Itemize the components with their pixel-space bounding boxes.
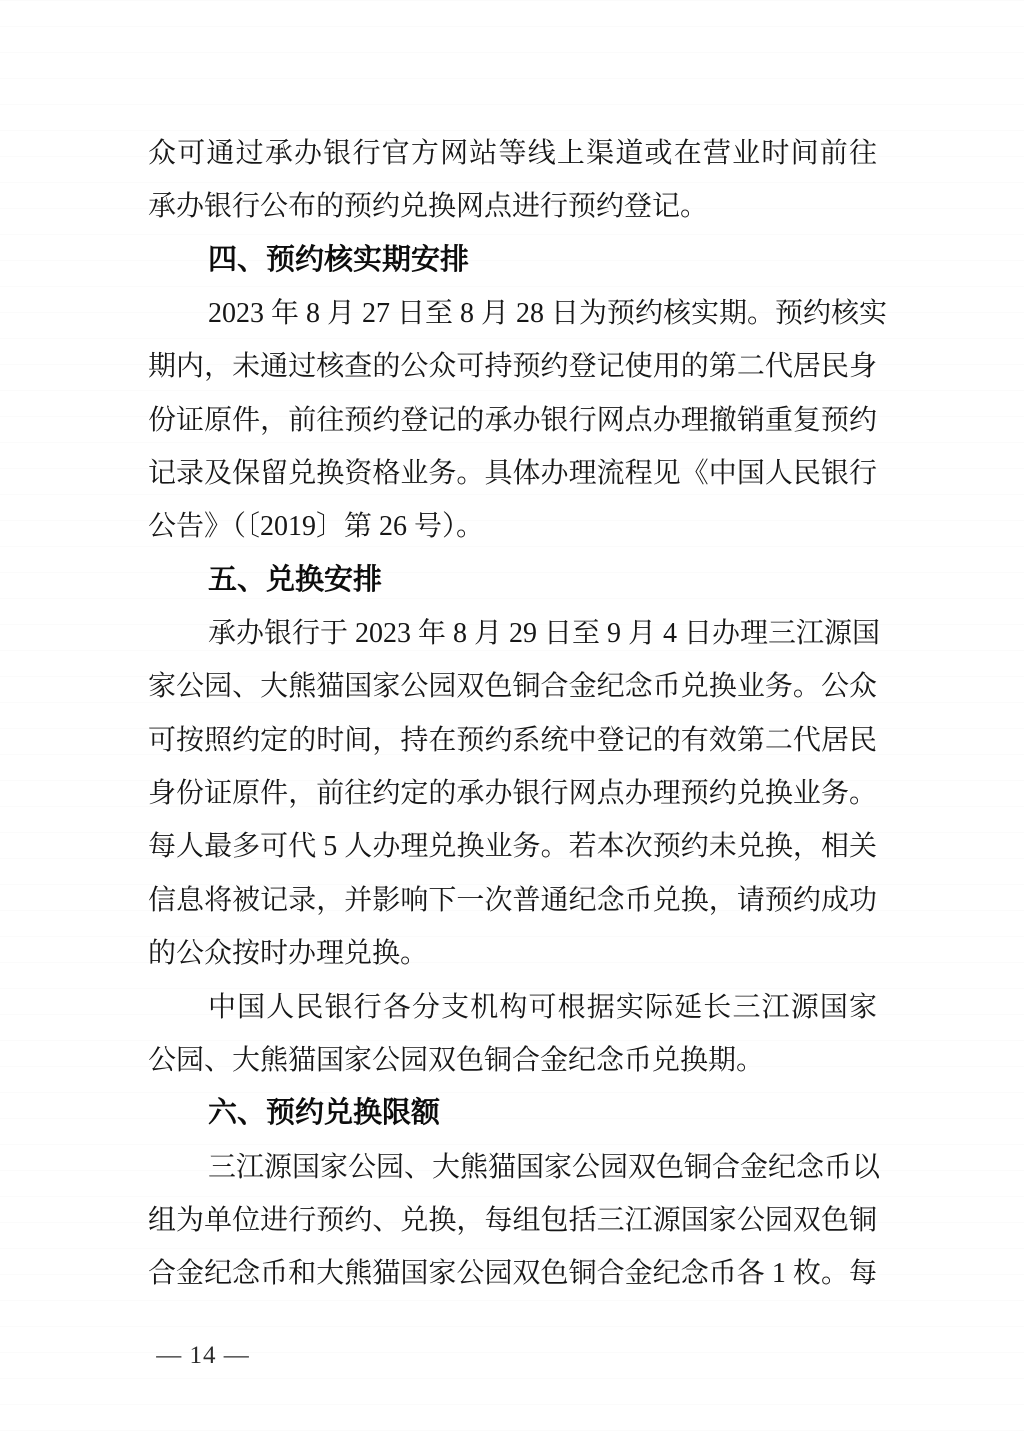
text-line: 2023 年 8 月 27 日至 8 月 28 日为预约核实期。预约核实 xyxy=(148,287,877,340)
text-line: 每人最多可代 5 人办理兑换业务。若本次预约未兑换，相关 xyxy=(148,820,877,873)
document-body: 众可通过承办银行官方网站等线上渠道或在营业时间前往承办银行公布的预约兑换网点进行… xyxy=(148,127,877,1301)
section-heading: 四、预约核实期安排 xyxy=(148,234,877,287)
text-line: 记录及保留兑换资格业务。具体办理流程见《中国人民银行 xyxy=(148,447,877,500)
text-line: 中国人民银行各分支机构可根据实际延长三江源国家 xyxy=(148,981,877,1034)
text-line: 承办银行公布的预约兑换网点进行预约登记。 xyxy=(148,180,877,233)
page-number: — 14 — xyxy=(152,1341,254,1371)
text-line: 家公园、大熊猫国家公园双色铜合金纪念币兑换业务。公众 xyxy=(148,660,877,713)
text-line: 合金纪念币和大熊猫国家公园双色铜合金纪念币各 1 枚。每 xyxy=(148,1247,877,1300)
document-page: 众可通过承办银行官方网站等线上渠道或在营业时间前往承办银行公布的预约兑换网点进行… xyxy=(0,0,1024,1448)
text-line: 的公众按时办理兑换。 xyxy=(148,927,877,980)
text-line: 可按照约定的时间，持在预约系统中登记的有效第二代居民 xyxy=(148,714,877,767)
text-line: 公告》（〔2019〕第 26 号）。 xyxy=(148,500,877,553)
text-line: 信息将被记录，并影响下一次普通纪念币兑换，请预约成功 xyxy=(148,874,877,927)
text-line: 承办银行于 2023 年 8 月 29 日至 9 月 4 日办理三江源国 xyxy=(148,607,877,660)
text-line: 份证原件，前往预约登记的承办银行网点办理撤销重复预约 xyxy=(148,394,877,447)
section-heading: 五、兑换安排 xyxy=(148,554,877,607)
text-line: 三江源国家公园、大熊猫国家公园双色铜合金纪念币以 xyxy=(148,1141,877,1194)
text-line: 组为单位进行预约、兑换，每组包括三江源国家公园双色铜 xyxy=(148,1194,877,1247)
text-line: 身份证原件，前往约定的承办银行网点办理预约兑换业务。 xyxy=(148,767,877,820)
text-line: 期内，未通过核查的公众可持预约登记使用的第二代居民身 xyxy=(148,340,877,393)
text-line: 公园、大熊猫国家公园双色铜合金纪念币兑换期。 xyxy=(148,1034,877,1087)
section-heading: 六、预约兑换限额 xyxy=(148,1087,877,1140)
text-line: 众可通过承办银行官方网站等线上渠道或在营业时间前往 xyxy=(148,127,877,180)
